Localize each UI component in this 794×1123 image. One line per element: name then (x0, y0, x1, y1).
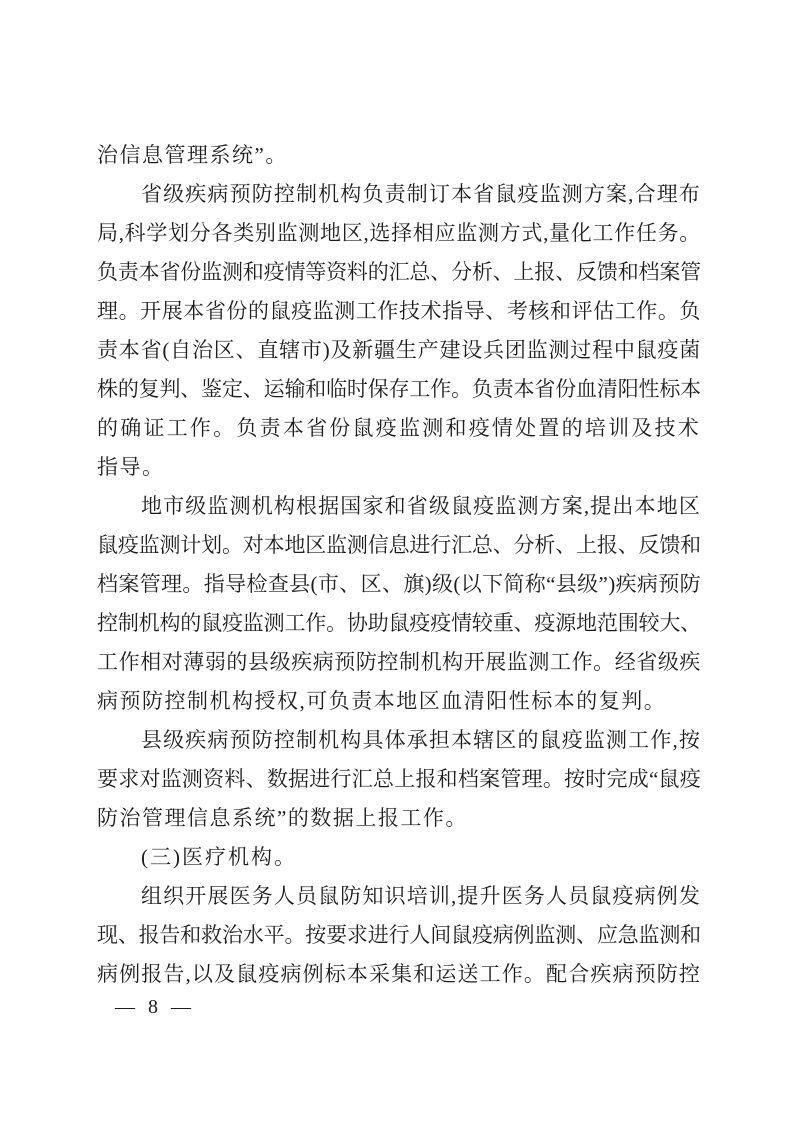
text-line: 局,科学划分各类别监测地区,选择相应监测方式,量化工作任务。 (97, 214, 701, 253)
text-line: 理。开展本省份的鼠疫监测工作技术指导、考核和评估工作。负 (97, 292, 701, 331)
text-run: 理。开展本省份的鼠疫监测工作技术指导、考核和评估工作。负 (97, 299, 701, 323)
text-line: 档案管理。指导检查县(市、区、旗)级(以下简称“县级”)疾病预防 (97, 565, 701, 604)
paragraph: 县级疾病预防控制机构具体承担本辖区的鼠疫监测工作,按要求对监测资料、数据进行汇总… (97, 721, 701, 838)
paragraph: 地市级监测机构根据国家和省级鼠疫监测方案,提出本地区鼠疫监测计划。对本地区监测信… (97, 487, 701, 721)
text-run: 局,科学划分各类别监测地区,选择相应监测方式,量化工作任务。 (97, 221, 701, 245)
text-run: 组织开展医务人员鼠防知识培训,提升医务人员鼠疫病例发 (141, 884, 701, 908)
text-run: 工作相对薄弱的县级疾病预防控制机构开展监测工作。经省级疾 (97, 650, 701, 674)
paragraph: 治信息管理系统”。 (97, 136, 701, 175)
text-run: 鼠疫监测计划。对本地区监测信息进行汇总、分析、上报、反馈和 (97, 533, 701, 557)
text-line: 责本省(自治区、直辖市)及新疆生产建设兵团监测过程中鼠疫菌 (97, 331, 701, 370)
text-run: 株的复判、鉴定、运输和临时保存工作。负责本省份血清阳性标本 (97, 377, 701, 401)
text-run: 指导。 (97, 455, 165, 479)
text-line: 县级疾病预防控制机构具体承担本辖区的鼠疫监测工作,按 (97, 721, 701, 760)
paragraph: 省级疾病预防控制机构负责制订本省鼠疫监测方案,合理布局,科学划分各类别监测地区,… (97, 175, 701, 487)
text-line: 省级疾病预防控制机构负责制订本省鼠疫监测方案,合理布 (97, 175, 701, 214)
text-run: (三)医疗机构。 (141, 845, 297, 869)
text-run: 负责本省份监测和疫情等资料的汇总、分析、上报、反馈和档案管 (97, 260, 701, 284)
text-run: 省级疾病预防控制机构负责制订本省鼠疫监测方案,合理布 (141, 182, 701, 206)
text-line: 株的复判、鉴定、运输和临时保存工作。负责本省份血清阳性标本 (97, 370, 701, 409)
text-run: 控制机构的鼠疫监测工作。协助鼠疫疫情较重、疫源地范围较大、 (97, 611, 701, 635)
text-run: 病预防控制机构授权,可负责本地区血清阳性标本的复判。 (97, 689, 666, 713)
text-line: 要求对监测资料、数据进行汇总上报和档案管理。按时完成“鼠疫 (97, 760, 701, 799)
text-run: 地市级监测机构根据国家和省级鼠疫监测方案,提出本地区 (141, 494, 701, 518)
page-number: — 8 — (115, 994, 195, 1020)
text-line: 鼠疫监测计划。对本地区监测信息进行汇总、分析、上报、反馈和 (97, 526, 701, 565)
text-line: 病预防控制机构授权,可负责本地区血清阳性标本的复判。 (97, 682, 701, 721)
text-run: 档案管理。指导检查县(市、区、旗)级(以下简称“县级”)疾病预防 (97, 572, 701, 596)
text-line: 工作相对薄弱的县级疾病预防控制机构开展监测工作。经省级疾 (97, 643, 701, 682)
text-run: 县级疾病预防控制机构具体承担本辖区的鼠疫监测工作,按 (141, 728, 701, 752)
text-run: 要求对监测资料、数据进行汇总上报和档案管理。按时完成“鼠疫 (97, 767, 701, 791)
text-run: 现、报告和救治水平。按要求进行人间鼠疫病例监测、应急监测和 (97, 923, 701, 947)
text-line: 负责本省份监测和疫情等资料的汇总、分析、上报、反馈和档案管 (97, 253, 701, 292)
text-run: 治信息管理系统”。 (97, 143, 288, 167)
text-line: 指导。 (97, 448, 701, 487)
document-body: 治信息管理系统”。省级疾病预防控制机构负责制订本省鼠疫监测方案,合理布局,科学划… (97, 136, 701, 994)
text-line: 组织开展医务人员鼠防知识培训,提升医务人员鼠疫病例发 (97, 877, 701, 916)
paragraph: 组织开展医务人员鼠防知识培训,提升医务人员鼠疫病例发现、报告和救治水平。按要求进… (97, 877, 701, 994)
text-line: 病例报告,以及鼠疫病例标本采集和运送工作。配合疾病预防控 (97, 955, 701, 994)
text-line: 控制机构的鼠疫监测工作。协助鼠疫疫情较重、疫源地范围较大、 (97, 604, 701, 643)
text-line: 治信息管理系统”。 (97, 136, 701, 175)
text-run: 的确证工作。负责本省份鼠疫监测和疫情处置的培训及技术 (97, 416, 701, 440)
text-run: 责本省(自治区、直辖市)及新疆生产建设兵团监测过程中鼠疫菌 (97, 338, 701, 362)
text-line: 现、报告和救治水平。按要求进行人间鼠疫病例监测、应急监测和 (97, 916, 701, 955)
section-heading: (三)医疗机构。 (97, 838, 701, 877)
text-run: 防治管理信息系统”的数据上报工作。 (97, 806, 468, 830)
text-run: 病例报告,以及鼠疫病例标本采集和运送工作。配合疾病预防控 (97, 962, 701, 986)
text-line: 防治管理信息系统”的数据上报工作。 (97, 799, 701, 838)
text-line: 的确证工作。负责本省份鼠疫监测和疫情处置的培训及技术 (97, 409, 701, 448)
section-heading-paragraph: (三)医疗机构。 (97, 838, 701, 877)
text-line: 地市级监测机构根据国家和省级鼠疫监测方案,提出本地区 (97, 487, 701, 526)
document-page: 治信息管理系统”。省级疾病预防控制机构负责制订本省鼠疫监测方案,合理布局,科学划… (0, 0, 794, 1123)
